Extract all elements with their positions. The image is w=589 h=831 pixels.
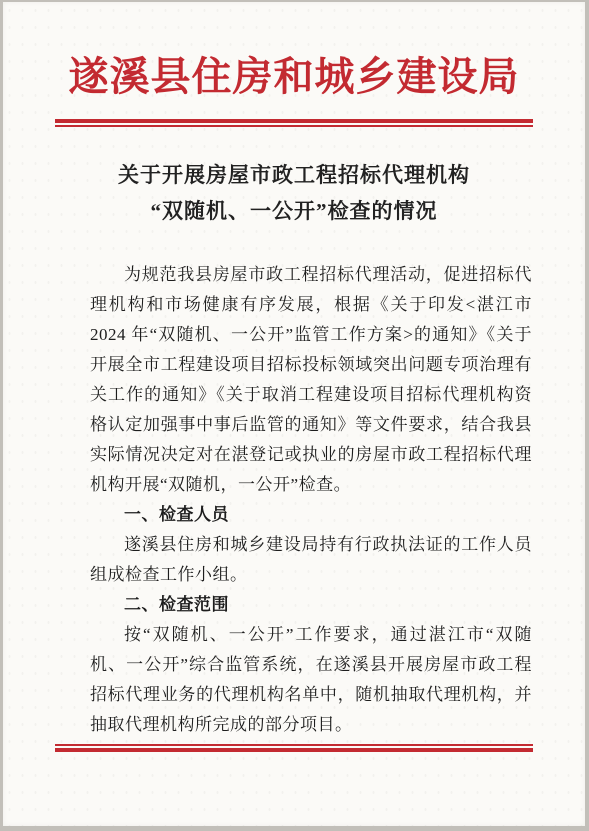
scanned-document-page: 遂溪县住房和城乡建设局 关于开展房屋市政工程招标代理机构 “双随机、一公开”检查… (0, 0, 589, 831)
document-body: 为规范我县房屋市政工程招标代理活动，促进招标代理机构和市场健康有序发展，根据《关… (90, 260, 532, 740)
body-paragraph: 遂溪县住房和城乡建设局持有行政执法证的工作人员组成检查工作小组。 (90, 530, 532, 590)
header-divider-thin-bar (55, 125, 533, 127)
body-paragraph: 为规范我县房屋市政工程招标代理活动，促进招标代理机构和市场健康有序发展，根据《关… (90, 260, 532, 500)
document-paper: 遂溪县住房和城乡建设局 关于开展房屋市政工程招标代理机构 “双随机、一公开”检查… (3, 2, 585, 826)
header-divider-thick-bar (55, 119, 533, 123)
section-heading: 二、检查范围 (90, 590, 532, 620)
document-title-line2: “双随机、一公开”检查的情况 (3, 193, 585, 229)
header-divider-line (55, 119, 533, 127)
body-paragraph: 按“双随机、一公开”工作要求，通过湛江市“双随机、一公开”综合监管系统，在遂溪县… (90, 620, 532, 740)
section-heading: 一、检查人员 (90, 500, 532, 530)
document-title: 关于开展房屋市政工程招标代理机构 “双随机、一公开”检查的情况 (3, 157, 585, 229)
footer-divider-line (55, 744, 533, 752)
document-title-line1: 关于开展房屋市政工程招标代理机构 (3, 157, 585, 193)
footer-divider-thin-bar (55, 744, 533, 746)
document-header-org-name: 遂溪县住房和城乡建设局 (3, 2, 585, 102)
footer-divider-thick-bar (55, 748, 533, 752)
